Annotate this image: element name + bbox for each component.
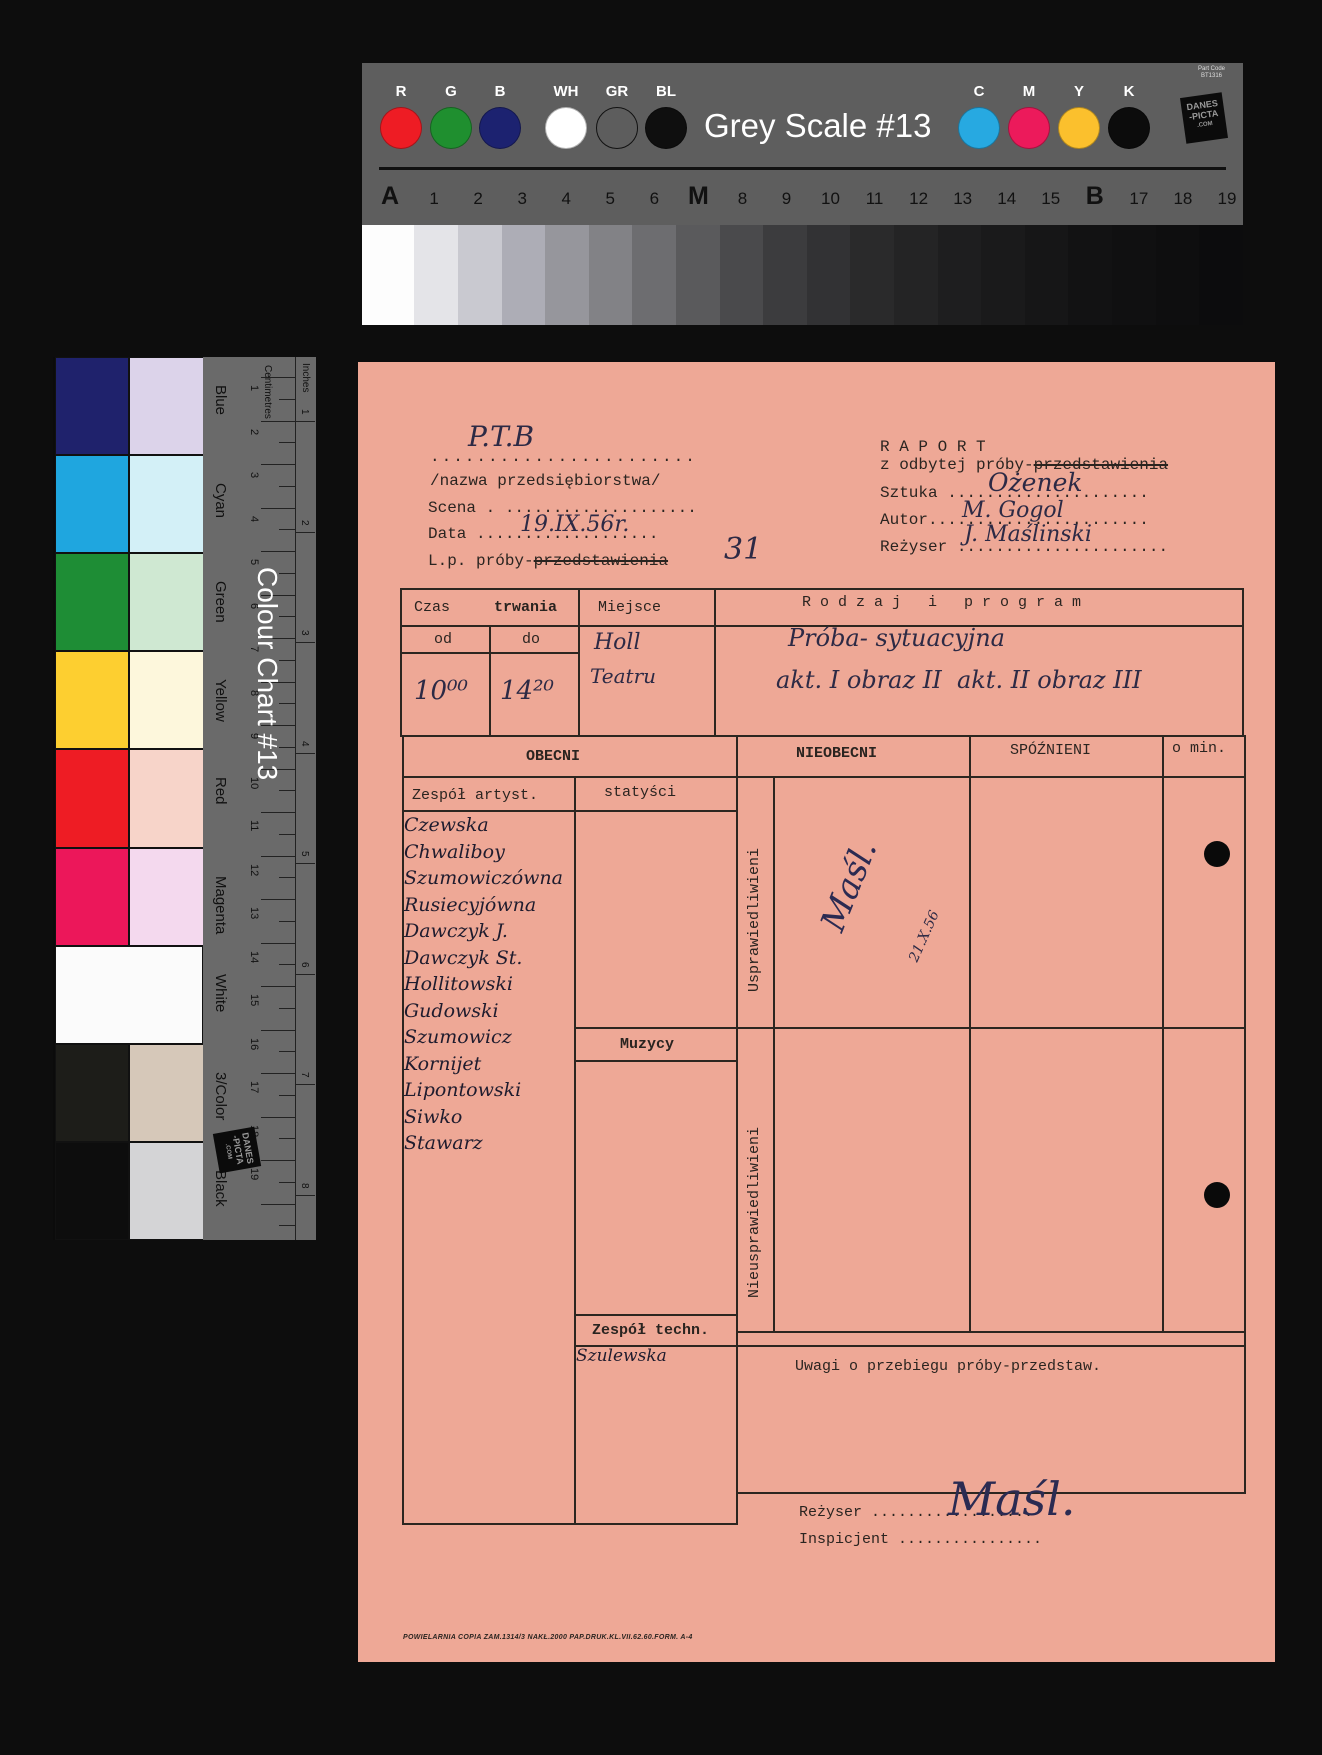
zespol-techn-label: Zespół techn. [592,1322,709,1339]
color-dot-gr [596,107,638,149]
part-code: Part Code BT1316 [1198,66,1225,80]
color-dot-k [1108,107,1150,149]
color-dot-c [958,107,1000,149]
grey-scale-card: Part Code BT1316 RGBWHGRBLCMYK Grey Scal… [362,63,1243,325]
dot-label: B [478,83,522,100]
cast-member-name: Czewska [404,814,489,836]
rodzaj-program-label: R o d z a j i p r o g r a m [802,594,1081,611]
ruler-tick [261,1073,295,1074]
swatch-cyan-strong [55,455,129,553]
inch-label: 6 [299,962,310,968]
autor-value: M. Gogol [962,498,1064,523]
colour-name: Cyan [212,483,229,518]
swatch-black-strong [55,1142,129,1240]
inch-tick [295,642,315,643]
grey-swatch [1112,225,1156,325]
colour-chart-title: Colour Chart #13 [251,567,283,780]
cm-label: 5 [248,559,260,565]
cast-member-name: Chwaliboy [404,841,505,863]
cast-member-name: Siwko [404,1106,462,1128]
ruler-tick [261,508,295,509]
miejsce-value-line2: Teatru [590,664,656,688]
ruler-tick [261,1160,295,1161]
color-dot-g [430,107,472,149]
grey-swatch [1025,225,1069,325]
ruler-tick [279,1225,295,1226]
statysci-label: statyści [604,784,676,801]
grey-swatch [545,225,589,325]
ruler-tick [279,834,295,835]
table-line [773,778,775,1333]
nieusprawiedliwieni-label: Nieusprawiedliwieni [746,1127,763,1298]
grey-swatch [720,225,764,325]
inch-tick [295,532,315,533]
table-line [969,735,971,1333]
grey-swatch [362,225,414,325]
scale-label: 18 [1163,189,1203,209]
punch-hole [1204,1182,1230,1208]
color-dot-y [1058,107,1100,149]
zespol-artyst-label: Zespół artyst. [412,787,538,804]
dot-label: BL [644,83,688,100]
grey-swatch [589,225,633,325]
table-line [402,1523,738,1525]
swatch-black-light [129,1142,205,1240]
table-line [402,810,736,812]
scale-label: 15 [1031,189,1071,209]
scale-label: 12 [899,189,939,209]
colour-name: Magenta [212,876,229,934]
scale-label: B [1075,182,1115,211]
swatch-green-strong [55,553,129,651]
dotted-line: ....................... [430,448,697,466]
cast-member-name: Kornijet [404,1053,481,1075]
table-line [574,1027,1244,1029]
cast-member-name: Szumowicz [404,1026,512,1048]
colour-name: Red [212,777,229,805]
ruler-tick [261,856,295,857]
ruler-tick [261,1204,295,1205]
dot-label: K [1107,83,1151,100]
table-line [400,588,1244,590]
colour-chart-card: 1234567891011121314151617181912345678 In… [53,357,316,1240]
ruler-tick [261,1117,295,1118]
dot-label: Y [1057,83,1101,100]
scale-label: 11 [855,189,895,209]
inch-label: 1 [299,409,310,415]
swatch-green-light [129,553,205,651]
ruler-tick [261,1030,295,1031]
ruler-tick [279,790,295,791]
scale-label: 1 [414,189,454,209]
signature-absence: Maśl. [813,835,885,937]
danes-picta-logo: DANES -PICTA .COM [1180,92,1228,143]
program-line2: akt. I obraz II akt. II obraz III [776,666,1142,694]
swatch-magenta-strong [55,848,129,946]
table-line [1242,588,1244,737]
inch-tick [295,421,315,422]
grey-swatch [1068,225,1112,325]
ruler-tick [261,986,295,987]
ruler-tick [279,1008,295,1009]
colour-name: 3/Color [212,1072,229,1120]
grey-swatch [502,225,546,325]
grey-swatch [458,225,502,325]
cast-member-name: Stawarz [404,1132,483,1154]
cm-label: 2 [248,429,260,435]
grey-swatch [850,225,894,325]
dot-label: C [957,83,1001,100]
ruler-tick [279,1095,295,1096]
inch-label: 5 [299,851,310,857]
od-value: 10⁰⁰ [414,676,468,706]
cm-label: 1 [248,385,260,391]
table-line [736,1331,1244,1333]
ruler-tick [279,529,295,530]
dot-label: GR [595,83,639,100]
swatch-3color-strong [55,1044,129,1142]
ruler-edge [295,357,296,1240]
scale-label: 2 [458,189,498,209]
cm-label: 16 [248,1038,260,1050]
miejsce-value-line1: Holl [594,630,641,655]
lp-label: L.p. próby-przedstawienia [428,552,668,570]
grey-swatch [763,225,807,325]
punch-hole [1204,841,1230,867]
ruler-tick [279,877,295,878]
cm-label: 12 [248,864,260,876]
scale-label: 4 [546,189,586,209]
ruler-tick [279,964,295,965]
cm-label: 3 [248,472,260,478]
table-line [574,778,576,1525]
swatch-white [55,946,203,1044]
cm-label: 19 [248,1168,260,1180]
scale-label: 3 [502,189,542,209]
table-line [489,625,491,737]
grey-swatch [676,225,720,325]
scale-label: 13 [943,189,983,209]
color-dot-r [380,107,422,149]
table-line [574,1345,1244,1347]
table-line [574,1314,736,1316]
table-line [400,588,402,737]
dot-label: R [379,83,423,100]
uwagi-label: Uwagi o przebiegu próby-przedstaw. [795,1358,1101,1375]
swatch-red-strong [55,749,129,847]
rehearsal-report-form: P.T.B ....................... /nazwa prz… [358,362,1275,1662]
inch-tick [295,863,315,864]
do-value: 14²⁰ [500,676,554,706]
lp-value: 31 [724,532,762,567]
cast-member-name: Dawczyk St. [404,947,522,969]
color-dot-wh [545,107,587,149]
inch-label: 4 [299,741,310,747]
swatch-magenta-light [129,848,205,946]
grey-swatch [894,225,938,325]
sztuka-value: Ożenek [988,468,1083,497]
color-dot-b [479,107,521,149]
table-line [714,588,716,737]
swatch-yellow-light [129,651,205,749]
ruler-tick [261,812,295,813]
spoznieni-header: SPÓŹNIENI [1010,742,1091,759]
miejsce-label: Miejsce [598,599,661,616]
divider [379,167,1226,170]
table-line [574,1060,736,1062]
dot-label: WH [544,83,588,100]
centimetres-label: Centimetres [262,365,273,419]
colour-name: Blue [212,385,229,415]
grey-swatch [632,225,676,325]
cast-member-name: Szumowiczówna [404,867,563,889]
table-line [736,735,738,1525]
swatch-red-light [129,749,205,847]
tech-crew-name: Szulewska [576,1346,667,1366]
report-title: R A P O R T [880,438,986,456]
dot-label: G [429,83,473,100]
scale-label: 6 [634,189,674,209]
table-line [400,735,1244,737]
grey-swatch [807,225,851,325]
colour-name: White [212,974,229,1012]
cm-label: 17 [248,1081,260,1093]
inch-label: 7 [299,1072,310,1078]
grey-scale-title: Grey Scale #13 [704,107,931,145]
ruler-tick [261,464,295,465]
rezyser-value: J. Maślinski [964,522,1092,547]
ruler-tick [279,1051,295,1052]
o-min-header: o min. [1172,740,1226,757]
inch-label: 3 [299,630,310,636]
ruler-tick [279,1182,295,1183]
usprawiedliwieni-label: Usprawiedliwieni [746,848,763,992]
swatch-cyan-light [129,455,205,553]
grey-swatch [1199,225,1243,325]
inch-label: 8 [299,1183,310,1189]
swatch-3color-light [129,1044,205,1142]
trwania-label: trwania [494,599,557,616]
cast-member-name: Hollitowski [404,973,513,995]
cast-member-name: Gudowski [404,1000,499,1022]
ruler-tick [261,899,295,900]
colour-name: Yellow [212,679,229,722]
grey-swatch [981,225,1025,325]
grey-swatch [414,225,458,325]
ruler-tick [261,943,295,944]
grey-swatch-strip [362,225,1243,325]
cm-label: 11 [248,820,260,831]
footer-inspicjent: Inspicjent ................ [799,1531,1042,1548]
nieobecni-header: NIEOBECNI [796,745,877,762]
do-label: do [522,631,540,648]
inch-tick [295,753,315,754]
inch-tick [295,1195,315,1196]
ruler-tick [279,442,295,443]
cast-member-name: Rusiecyjówna [404,894,536,916]
cm-label: 4 [248,516,260,522]
obecni-header: OBECNI [526,748,580,765]
danes-picta-logo: DANES -PICTA .COM [213,1127,261,1174]
scale-label: 10 [811,189,851,209]
scale-label: 9 [766,189,806,209]
dot-label: M [1007,83,1051,100]
director-signature: Maśl. [948,1472,1075,1526]
ruler-tick [279,1138,295,1139]
data-value: 19.IX.56r. [520,512,629,537]
table-line [578,588,580,737]
od-label: od [434,631,452,648]
czas-label: Czas [414,599,450,616]
absence-date-annotation: 21.X.56 [906,908,943,964]
table-line [1162,735,1164,1333]
color-dot-m [1008,107,1050,149]
inch-tick [295,974,315,975]
printer-imprint: POWIELARNIA COPIA ZAM.1314/3 NAKŁ.2000 P… [403,1634,693,1641]
swatch-blue-strong [55,357,129,455]
cast-member-name: Dawczyk J. [404,920,508,942]
swatch-yellow-strong [55,651,129,749]
table-line [1244,735,1246,1493]
cm-label: 14 [248,951,260,963]
grey-swatch [1156,225,1200,325]
ruler-tick [279,399,295,400]
inches-label: Inches [300,363,311,392]
inch-label: 2 [299,520,310,526]
company-caption: /nazwa przedsiębiorstwa/ [430,472,660,490]
cm-label: 15 [248,994,260,1006]
table-line [402,776,1244,778]
ruler-strip: 1234567891011121314151617181912345678 In… [203,357,316,1240]
colour-name: Black [212,1170,229,1207]
cm-label: 13 [248,907,260,919]
ruler-tick [261,421,295,422]
ruler-tick [279,486,295,487]
ruler-tick [279,921,295,922]
scale-label: 14 [987,189,1027,209]
scale-label: A [370,182,410,211]
program-line1: Próba- sytuacyjna [788,624,1005,652]
muzycy-label: Muzycy [620,1036,674,1053]
scale-label: 17 [1119,189,1159,209]
colour-name: Green [212,581,229,623]
cast-member-name: Lipontowski [404,1079,521,1101]
scale-label: M [678,182,718,211]
scale-label: 8 [722,189,762,209]
swatch-blue-light [129,357,205,455]
ruler-tick [261,551,295,552]
color-dot-bl [645,107,687,149]
grey-swatch [938,225,982,325]
scale-label: 5 [590,189,630,209]
inch-tick [295,1084,315,1085]
scale-label: 19 [1207,189,1247,209]
